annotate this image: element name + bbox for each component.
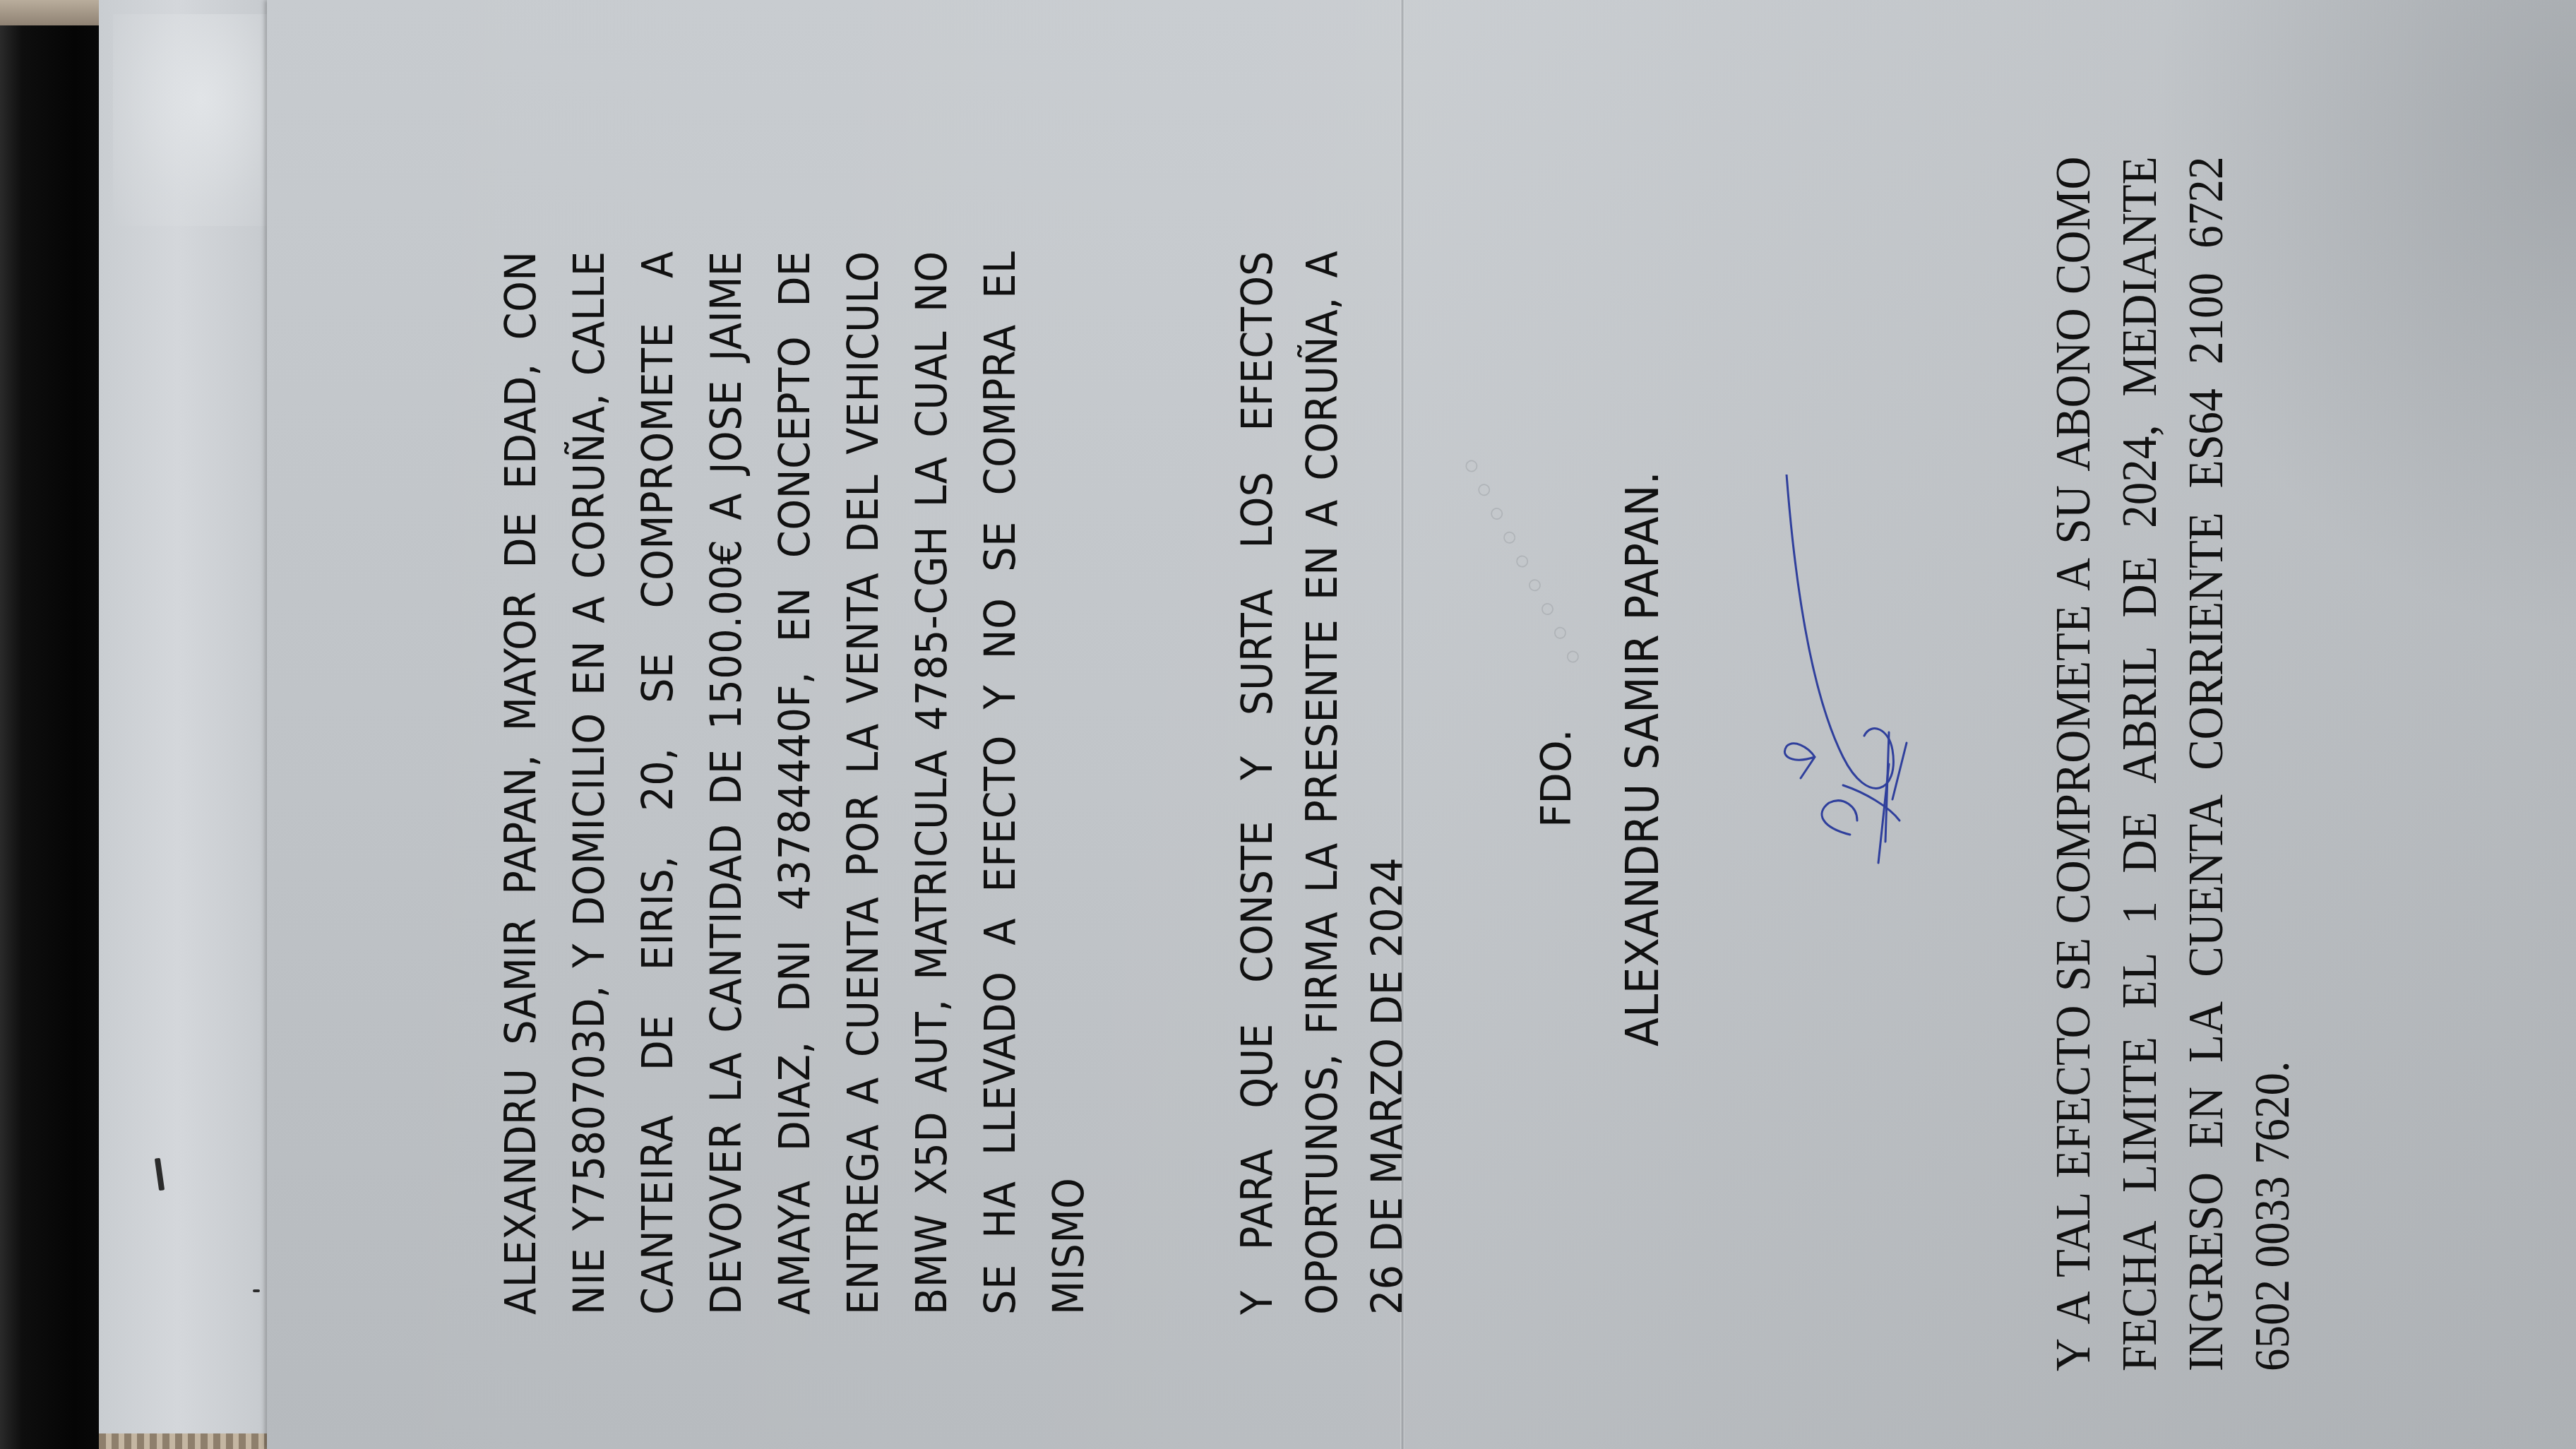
- text-line: OPORTUNOS,FIRMALAPRESENTEENACORUÑA,A: [1290, 251, 1355, 1315]
- paragraph-signing-statement: YPARAQUECONSTEYSURTALOSEFECTOS OPORTUNOS…: [1225, 251, 1420, 1315]
- text-line: BMWX5DAUT,MATRICULA4785-CGHLACUALNO: [898, 251, 967, 1315]
- text-line: ALEXANDRUSAMIRPAPAN,MAYORDEEDAD,CON: [487, 251, 556, 1315]
- text-line: YATALEFECTOSECOMPROMETEASUABONOCOMO: [2041, 157, 2107, 1372]
- document-content: ALEXANDRUSAMIRPAPAN,MAYORDEEDAD,CON NIEY…: [0, 0, 2576, 1449]
- text-line: FECHALIMITEEL1DEABRILDE2024,MEDIANTE: [2107, 157, 2173, 1372]
- signature-label: FDO.: [1532, 729, 1580, 828]
- paragraph-commitment: ALEXANDRUSAMIRPAPAN,MAYORDEEDAD,CON NIEY…: [487, 251, 1104, 1315]
- signer-name: ALEXANDRU SAMIR PAPAN.: [1617, 471, 1669, 1046]
- text-line: INGRESOENLACUENTACORRIENTEES6421006722: [2173, 157, 2240, 1372]
- text-line: SEHALLEVADOAEFECTOYNOSECOMPRAEL: [967, 251, 1035, 1315]
- text-line: DEVOVERLACANTIDADDE1500.00€AJOSEJAIME: [693, 251, 761, 1315]
- text-line: AMAYADIAZ,DNI43784440F,ENCONCEPTODE: [761, 251, 830, 1315]
- text-line: NIEY7580703D,YDOMICILIOENACORUÑA,CALLE: [556, 251, 624, 1315]
- paragraph-payment-terms: YATALEFECTOSECOMPROMETEASUABONOCOMO FECH…: [2041, 157, 2306, 1372]
- text-line: ENTREGAACUENTAPORLAVENTADELVEHICULO: [830, 251, 898, 1315]
- text-line: YPARAQUECONSTEYSURTALOSEFECTOS: [1225, 251, 1290, 1315]
- handwritten-signature: [1765, 475, 1921, 870]
- text-line: 6502 0033 7620.: [2240, 157, 2306, 1372]
- text-line: CANTEIRADEEIRIS,20,SECOMPROMETEA: [624, 251, 693, 1315]
- photo-scene: ALEXANDRUSAMIRPAPAN,MAYORDEEDAD,CON NIEY…: [0, 0, 2576, 1449]
- text-line: MISMO: [1035, 251, 1104, 1315]
- signing-date: 26 DE MARZO DE 2024: [1355, 251, 1420, 1315]
